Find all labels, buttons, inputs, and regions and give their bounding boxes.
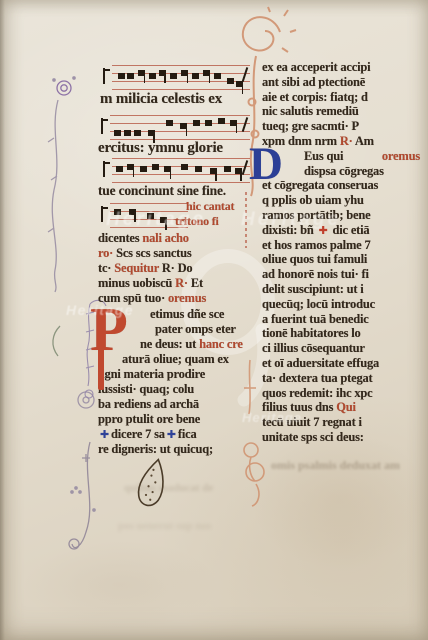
neume-note (164, 166, 171, 172)
text-segment: aie et corpis: fiatq; d (262, 90, 368, 104)
heritage-watermark: Heritage (242, 410, 302, 425)
neume-note (227, 78, 234, 84)
text-segment: Scs scs sanctus (116, 246, 192, 260)
neume-note (205, 120, 212, 126)
prayer-text-line: nic salutis remediū (262, 105, 420, 118)
page-edge-shadow (0, 0, 5, 640)
prayer-text-line: tionē habitatores lo (262, 327, 420, 340)
text-segment: ant sibi ad ptectionē (262, 75, 365, 89)
clef-mark (103, 161, 105, 177)
rubric-text: R· (175, 276, 191, 290)
music-stave (110, 115, 250, 141)
chant-text-line: tue concinunt sine fine. (98, 184, 268, 198)
text-segment: ba rediens ad archā (98, 397, 199, 411)
text-segment: ci illius cōsequantur (262, 341, 365, 355)
prayer-text-line: ligni materia prodire (98, 368, 256, 381)
text-segment: dicere 7 sa (111, 427, 165, 441)
text-segment: fica (178, 427, 197, 441)
rubric-text: oremus (382, 150, 420, 163)
prayer-text-line: ppro ptulit ore bene (98, 413, 256, 426)
rubric-text: oremus (168, 291, 206, 305)
text-segment: Eus qui (304, 150, 343, 163)
prayer-text-line: ✚dicere 7 sa✚fica (98, 428, 256, 441)
chant-text-line: ercitus: ymnu glorie (98, 141, 268, 157)
initial-d: D (249, 146, 283, 183)
text-segment: tc· (98, 261, 114, 275)
music-stave (112, 65, 250, 91)
clef-mark (103, 68, 105, 84)
prayer-text-line: dispsa cōgregas (304, 165, 420, 178)
text-segment: ne deus: ut (140, 337, 199, 351)
text-segment: pater omps eter (155, 322, 236, 336)
prayer-text-line: et oī aduersitate effuga (262, 357, 420, 370)
clef-mark (101, 206, 103, 222)
neume-note (149, 73, 156, 79)
neume-note (192, 73, 199, 79)
custos-slash (242, 160, 248, 175)
music-stave (112, 158, 250, 184)
stave-line (110, 115, 250, 116)
rubric-text: Qui (336, 400, 356, 414)
showthrough-text: omis psalmis deduxat am (271, 458, 400, 473)
rubric-text: R· (340, 134, 355, 148)
neume-note (218, 118, 225, 124)
heritage-watermark: Heritage (241, 209, 341, 231)
neume-note (114, 130, 121, 136)
text-segment: tue concinunt sine fine. (98, 183, 226, 198)
prayer-text-line: delit suscipiunt: ut i (262, 283, 420, 296)
prayer-text-line: ta· dextera tua ptegat (262, 372, 420, 385)
prayer-text-line: dicentes nali acho (98, 232, 256, 245)
neume-note (159, 70, 166, 76)
neume-note (236, 81, 243, 87)
prayer-text-line: ba rediens ad archā (98, 398, 256, 411)
stave-line (110, 203, 188, 204)
prayer-text-line: ro· Scs scs sanctus (98, 247, 256, 260)
prayer-text-line: aturā oliue; quam ex (122, 353, 256, 366)
text-segment: nic salutis remediū (262, 104, 359, 118)
neume-note (180, 123, 187, 129)
chant-text-line: m milicia celestis ex (100, 92, 270, 108)
text-segment: Am (355, 134, 374, 148)
cross-mark: ✚ (100, 428, 109, 441)
rubric-text: hanc cre (199, 337, 243, 351)
prayer-text-line: et cōgregata conseruas (262, 179, 420, 192)
text-segment: quecūq; locū introduc (262, 297, 375, 311)
text-segment: Et (191, 276, 203, 290)
text-segment: ad honorē nois tui· fi (262, 267, 369, 281)
text-segment: ex ea acceperit accipi (262, 60, 370, 74)
text-segment: iussisti· quaq; colu (98, 382, 194, 396)
neume-note (193, 120, 200, 126)
neume-note (203, 70, 210, 76)
neume-note (134, 130, 141, 136)
prayer-text-line: ant sibi ad ptectionē (262, 76, 420, 89)
text-segment: et hos ramos palme 7 (262, 238, 371, 252)
text-segment: unitate sps sci deus: (262, 430, 364, 444)
prayer-text-line: ci illius cōsequantur (262, 342, 420, 355)
prayer-text-line: iussisti· quaq; colu (98, 383, 256, 396)
neume-note (181, 70, 188, 76)
neume-note (127, 73, 134, 79)
prayer-text-line: Eus quioremus (304, 150, 420, 163)
prayer-text-line: q pplis ob uiam yhu (262, 194, 420, 207)
prayer-text-line: a fuerint tuā benedic (262, 313, 420, 326)
text-segment: tueq; gre sacmti· P (262, 119, 359, 133)
neume-note (170, 73, 177, 79)
text-segment: ta· dextera tua ptegat (262, 371, 373, 385)
heritage-watermark: Heritage (106, 209, 206, 231)
showthrough-text: pos uenerut sup nos (118, 520, 211, 532)
prayer-text-line: xpm dnm nrm R· Am (262, 135, 420, 148)
heritage-watermark: Heritage (66, 302, 134, 318)
prayer-text-line: ad honorē nois tui· fi (262, 268, 420, 281)
stave-line (112, 65, 250, 66)
neume-note (116, 166, 123, 172)
prayer-text-line: aie et corpis: fiatq; d (262, 91, 420, 104)
neume-note (138, 70, 145, 76)
text-segment: re digneris: ut quicuq; (98, 442, 213, 456)
cross-mark: ✚ (167, 428, 176, 441)
neume-note (166, 120, 173, 126)
prayer-text-line: et hos ramos palme 7 (262, 239, 420, 252)
text-segment: ligni materia prodire (98, 367, 205, 381)
text-segment: dispsa cōgregas (304, 164, 384, 178)
text-segment: aturā oliue; quam ex (122, 352, 229, 366)
custos-slash (242, 117, 248, 132)
prayer-text-line: oliue quos tui famuli (262, 253, 420, 266)
prayer-text-line: minus uobiscū R· Et (98, 277, 256, 290)
neume-note (118, 73, 125, 79)
prayer-text-line: pater omps eter (155, 323, 256, 336)
prayer-text-line: tc· Sequitur R· Do (98, 262, 256, 275)
text-segment: m milicia celestis ex (100, 91, 222, 107)
neume-note (235, 168, 242, 174)
neume-note (224, 166, 231, 172)
showthrough-text: quibus maducat de (124, 482, 213, 494)
prayer-text-line: quos redemit: ihc xpc (262, 387, 420, 400)
prayer-text-line: unitate sps sci deus: (262, 431, 420, 444)
text-segment: dicentes (98, 231, 142, 245)
text-segment: etimus dñe sce (150, 307, 224, 321)
text-segment: delit suscipiunt: ut i (262, 282, 364, 296)
text-segment: quos redemit: ihc xpc (262, 386, 373, 400)
prayer-text-line: ex ea acceperit accipi (262, 61, 420, 74)
prayer-text-line: ne deus: ut hanc cre (140, 338, 256, 351)
prayer-text-line: etimus dñe sce (150, 308, 256, 321)
clef-mark (101, 118, 103, 134)
prayer-text-line: quecūq; locū introduc (262, 298, 420, 311)
neume-note (124, 130, 131, 136)
neume-note (148, 130, 155, 136)
text-segment: a fuerint tuā benedic (262, 312, 369, 326)
neume-note (230, 120, 237, 126)
initial-p-stem (98, 348, 104, 390)
text-segment: minus uobiscū (98, 276, 175, 290)
neume-note (214, 73, 221, 79)
prayer-text-line: re digneris: ut quicuq; (98, 443, 256, 456)
manuscript-page: m milicia celestis exercitus: ymnu glori… (0, 0, 428, 640)
text-segment: q pplis ob uiam yhu (262, 193, 364, 207)
rubric-text: Sequitur (114, 261, 162, 275)
text-segment: tionē habitatores lo (262, 326, 361, 340)
neume-note (152, 164, 159, 170)
stave-line (112, 158, 250, 159)
text-segment: ppro ptulit ore bene (98, 412, 200, 426)
neume-note (195, 166, 202, 172)
text-segment: ercitus: ymnu glorie (98, 140, 223, 156)
custos-slash (242, 67, 248, 82)
rubric-text: ro· (98, 246, 116, 260)
prayer-text-line: tueq; gre sacmti· P (262, 120, 420, 133)
neume-note (140, 166, 147, 172)
text-segment: oliue quos tui famuli (262, 252, 367, 266)
stave-line (110, 131, 250, 132)
neume-note (127, 164, 134, 170)
text-segment: et oī aduersitate effuga (262, 356, 379, 370)
neume-note (210, 168, 217, 174)
rubric-text: nali acho (142, 231, 188, 245)
text-segment: R· Do (162, 261, 193, 275)
neume-note (181, 164, 188, 170)
